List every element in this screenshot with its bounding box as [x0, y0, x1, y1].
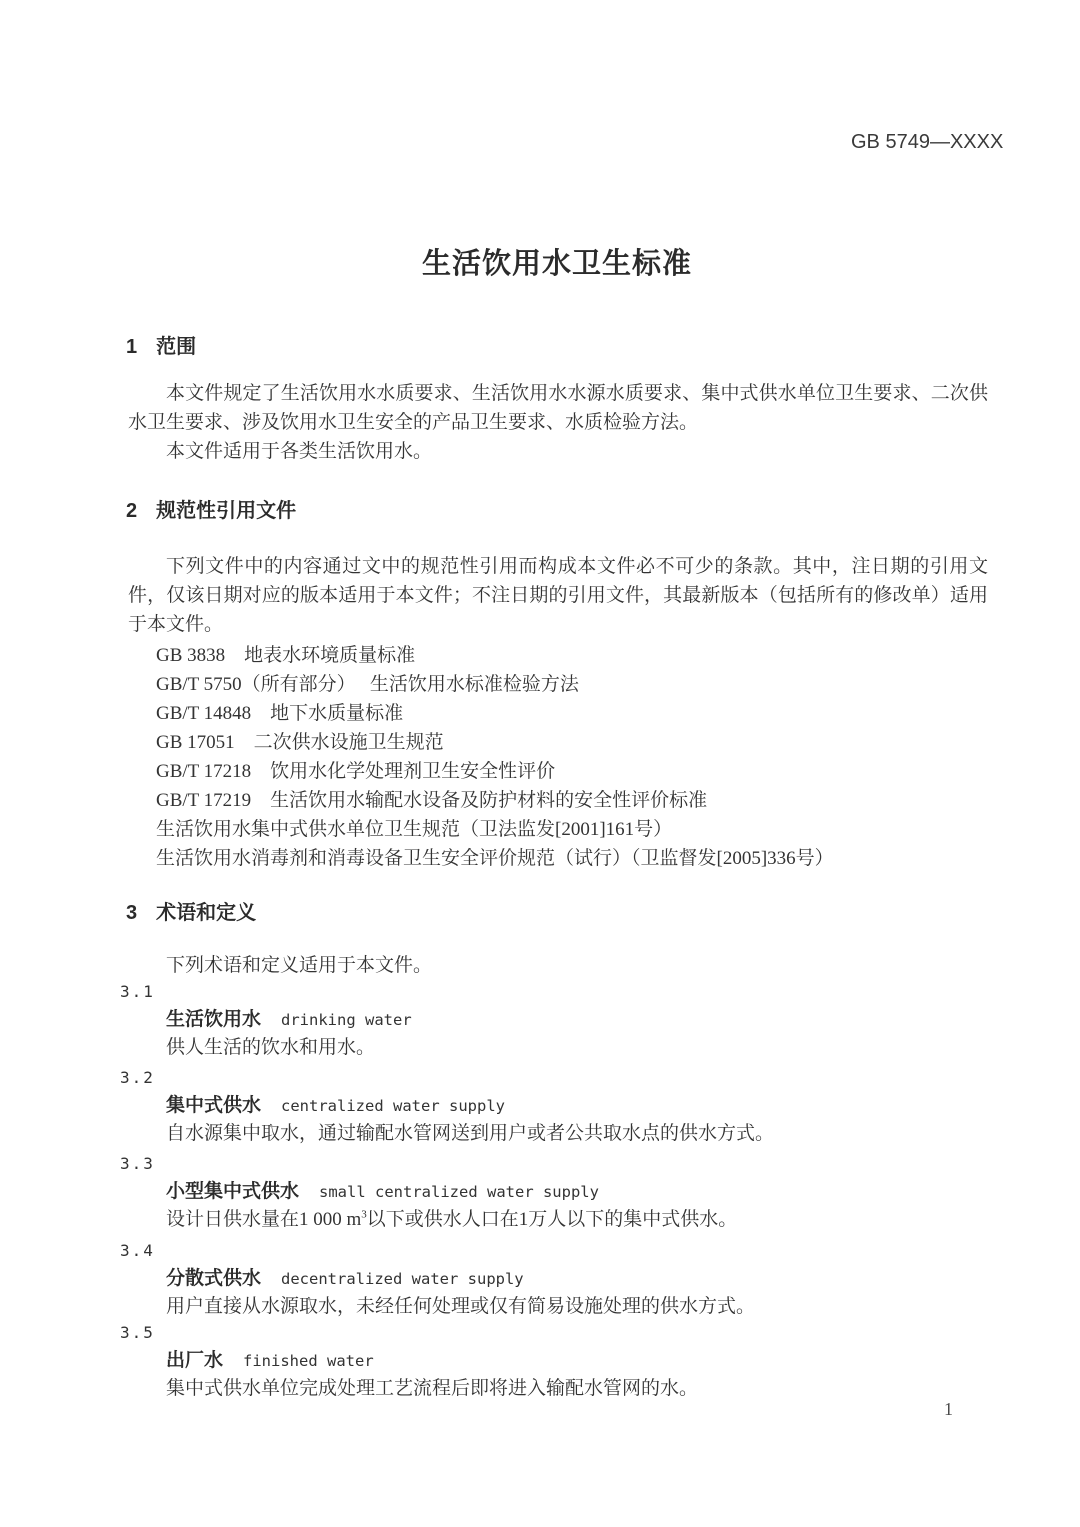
scope-paragraph-2: 本文件适用于各类生活饮用水。: [128, 437, 988, 466]
doc-number: GB 5749—XXXX: [851, 131, 1003, 154]
term-entry: 3.5 出厂水finished water 集中式供水单位完成处理工艺流程后即将…: [120, 1319, 990, 1403]
reference-item: GB/T 14848 地下水质量标准: [156, 699, 834, 728]
definition-suffix: 以下或供水人口在1万人以下的集中式供水。: [367, 1209, 738, 1230]
section-title: 规范性引用文件: [156, 500, 296, 522]
reference-item: 生活饮用水消毒剂和消毒设备卫生安全评价规范（试行）（卫监督发[2005]336号…: [156, 844, 834, 873]
term-number: 3.3: [120, 1150, 990, 1178]
term-en: decentralized water supply: [281, 1270, 524, 1288]
term-definition: 设计日供水量在1 000 m3以下或供水人口在1万人以下的集中式供水。: [166, 1206, 990, 1234]
term-entry: 3.2 集中式供水centralized water supply 自水源集中取…: [120, 1064, 990, 1148]
term-line: 小型集中式供水small centralized water supply: [166, 1178, 990, 1206]
reference-item: GB/T 17219 生活饮用水输配水设备及防护材料的安全性评价标准: [156, 786, 834, 815]
term-zh: 分散式供水: [166, 1268, 261, 1289]
page-title: 生活饮用水卫生标准: [422, 241, 692, 282]
page-number: 1: [944, 1399, 953, 1420]
term-line: 分散式供水decentralized water supply: [166, 1265, 990, 1293]
section-heading-references: 2规范性引用文件: [126, 494, 296, 523]
section-title: 术语和定义: [156, 902, 256, 924]
term-number: 3.1: [120, 978, 990, 1006]
references-intro: 下列文件中的内容通过文中的规范性引用而构成本文件必不可少的条款。其中，注日期的引…: [128, 552, 988, 639]
references-intro-paragraph: 下列文件中的内容通过文中的规范性引用而构成本文件必不可少的条款。其中，注日期的引…: [128, 552, 988, 639]
section-title: 范围: [156, 336, 196, 358]
term-zh: 生活饮用水: [166, 1009, 261, 1030]
section-number: 1: [126, 336, 137, 358]
section-heading-terms: 3术语和定义: [126, 896, 256, 925]
section-heading-scope: 1范围: [126, 330, 196, 359]
section-number: 2: [126, 500, 137, 522]
term-number: 3.5: [120, 1319, 990, 1347]
term-zh: 集中式供水: [166, 1095, 261, 1116]
reference-item: 生活饮用水集中式供水单位卫生规范（卫法监发[2001]161号）: [156, 815, 834, 844]
reference-item: GB/T 17218 饮用水化学处理剂卫生安全性评价: [156, 757, 834, 786]
term-entry: 3.1 生活饮用水drinking water 供人生活的饮水和用水。: [120, 978, 990, 1062]
scope-body: 本文件规定了生活饮用水水质要求、生活饮用水水源水质要求、集中式供水单位卫生要求、…: [128, 379, 988, 466]
reference-item: GB 3838 地表水环境质量标准: [156, 641, 834, 670]
term-zh: 小型集中式供水: [166, 1181, 299, 1202]
term-entry: 3.3 小型集中式供水small centralized water suppl…: [120, 1150, 990, 1234]
terms-intro: 下列术语和定义适用于本文件。: [166, 950, 432, 977]
scope-paragraph-1: 本文件规定了生活饮用水水质要求、生活饮用水水源水质要求、集中式供水单位卫生要求、…: [128, 379, 988, 437]
reference-item: GB 17051 二次供水设施卫生规范: [156, 728, 834, 757]
term-definition: 集中式供水单位完成处理工艺流程后即将进入输配水管网的水。: [166, 1375, 990, 1403]
term-zh: 出厂水: [166, 1350, 223, 1371]
term-line: 集中式供水centralized water supply: [166, 1092, 990, 1120]
term-number: 3.2: [120, 1064, 990, 1092]
term-en: drinking water: [281, 1011, 412, 1029]
term-definition: 用户直接从水源取水，未经任何处理或仅有简易设施处理的供水方式。: [166, 1293, 990, 1321]
reference-item: GB/T 5750（所有部分） 生活饮用水标准检验方法: [156, 670, 834, 699]
reference-list: GB 3838 地表水环境质量标准 GB/T 5750（所有部分） 生活饮用水标…: [156, 641, 834, 873]
term-definition: 自水源集中取水，通过输配水管网送到用户或者公共取水点的供水方式。: [166, 1120, 990, 1148]
term-number: 3.4: [120, 1237, 990, 1265]
term-en: centralized water supply: [281, 1097, 505, 1115]
term-en: small centralized water supply: [319, 1183, 599, 1201]
term-definition: 供人生活的饮水和用水。: [166, 1034, 990, 1062]
document-page: GB 5749—XXXX 生活饮用水卫生标准 1范围 本文件规定了生活饮用水水质…: [0, 0, 1080, 1527]
definition-prefix: 设计日供水量在1 000 m: [166, 1209, 361, 1230]
term-line: 出厂水finished water: [166, 1347, 990, 1375]
section-number: 3: [126, 902, 137, 924]
term-line: 生活饮用水drinking water: [166, 1006, 990, 1034]
term-en: finished water: [243, 1352, 374, 1370]
term-entry: 3.4 分散式供水decentralized water supply 用户直接…: [120, 1237, 990, 1321]
